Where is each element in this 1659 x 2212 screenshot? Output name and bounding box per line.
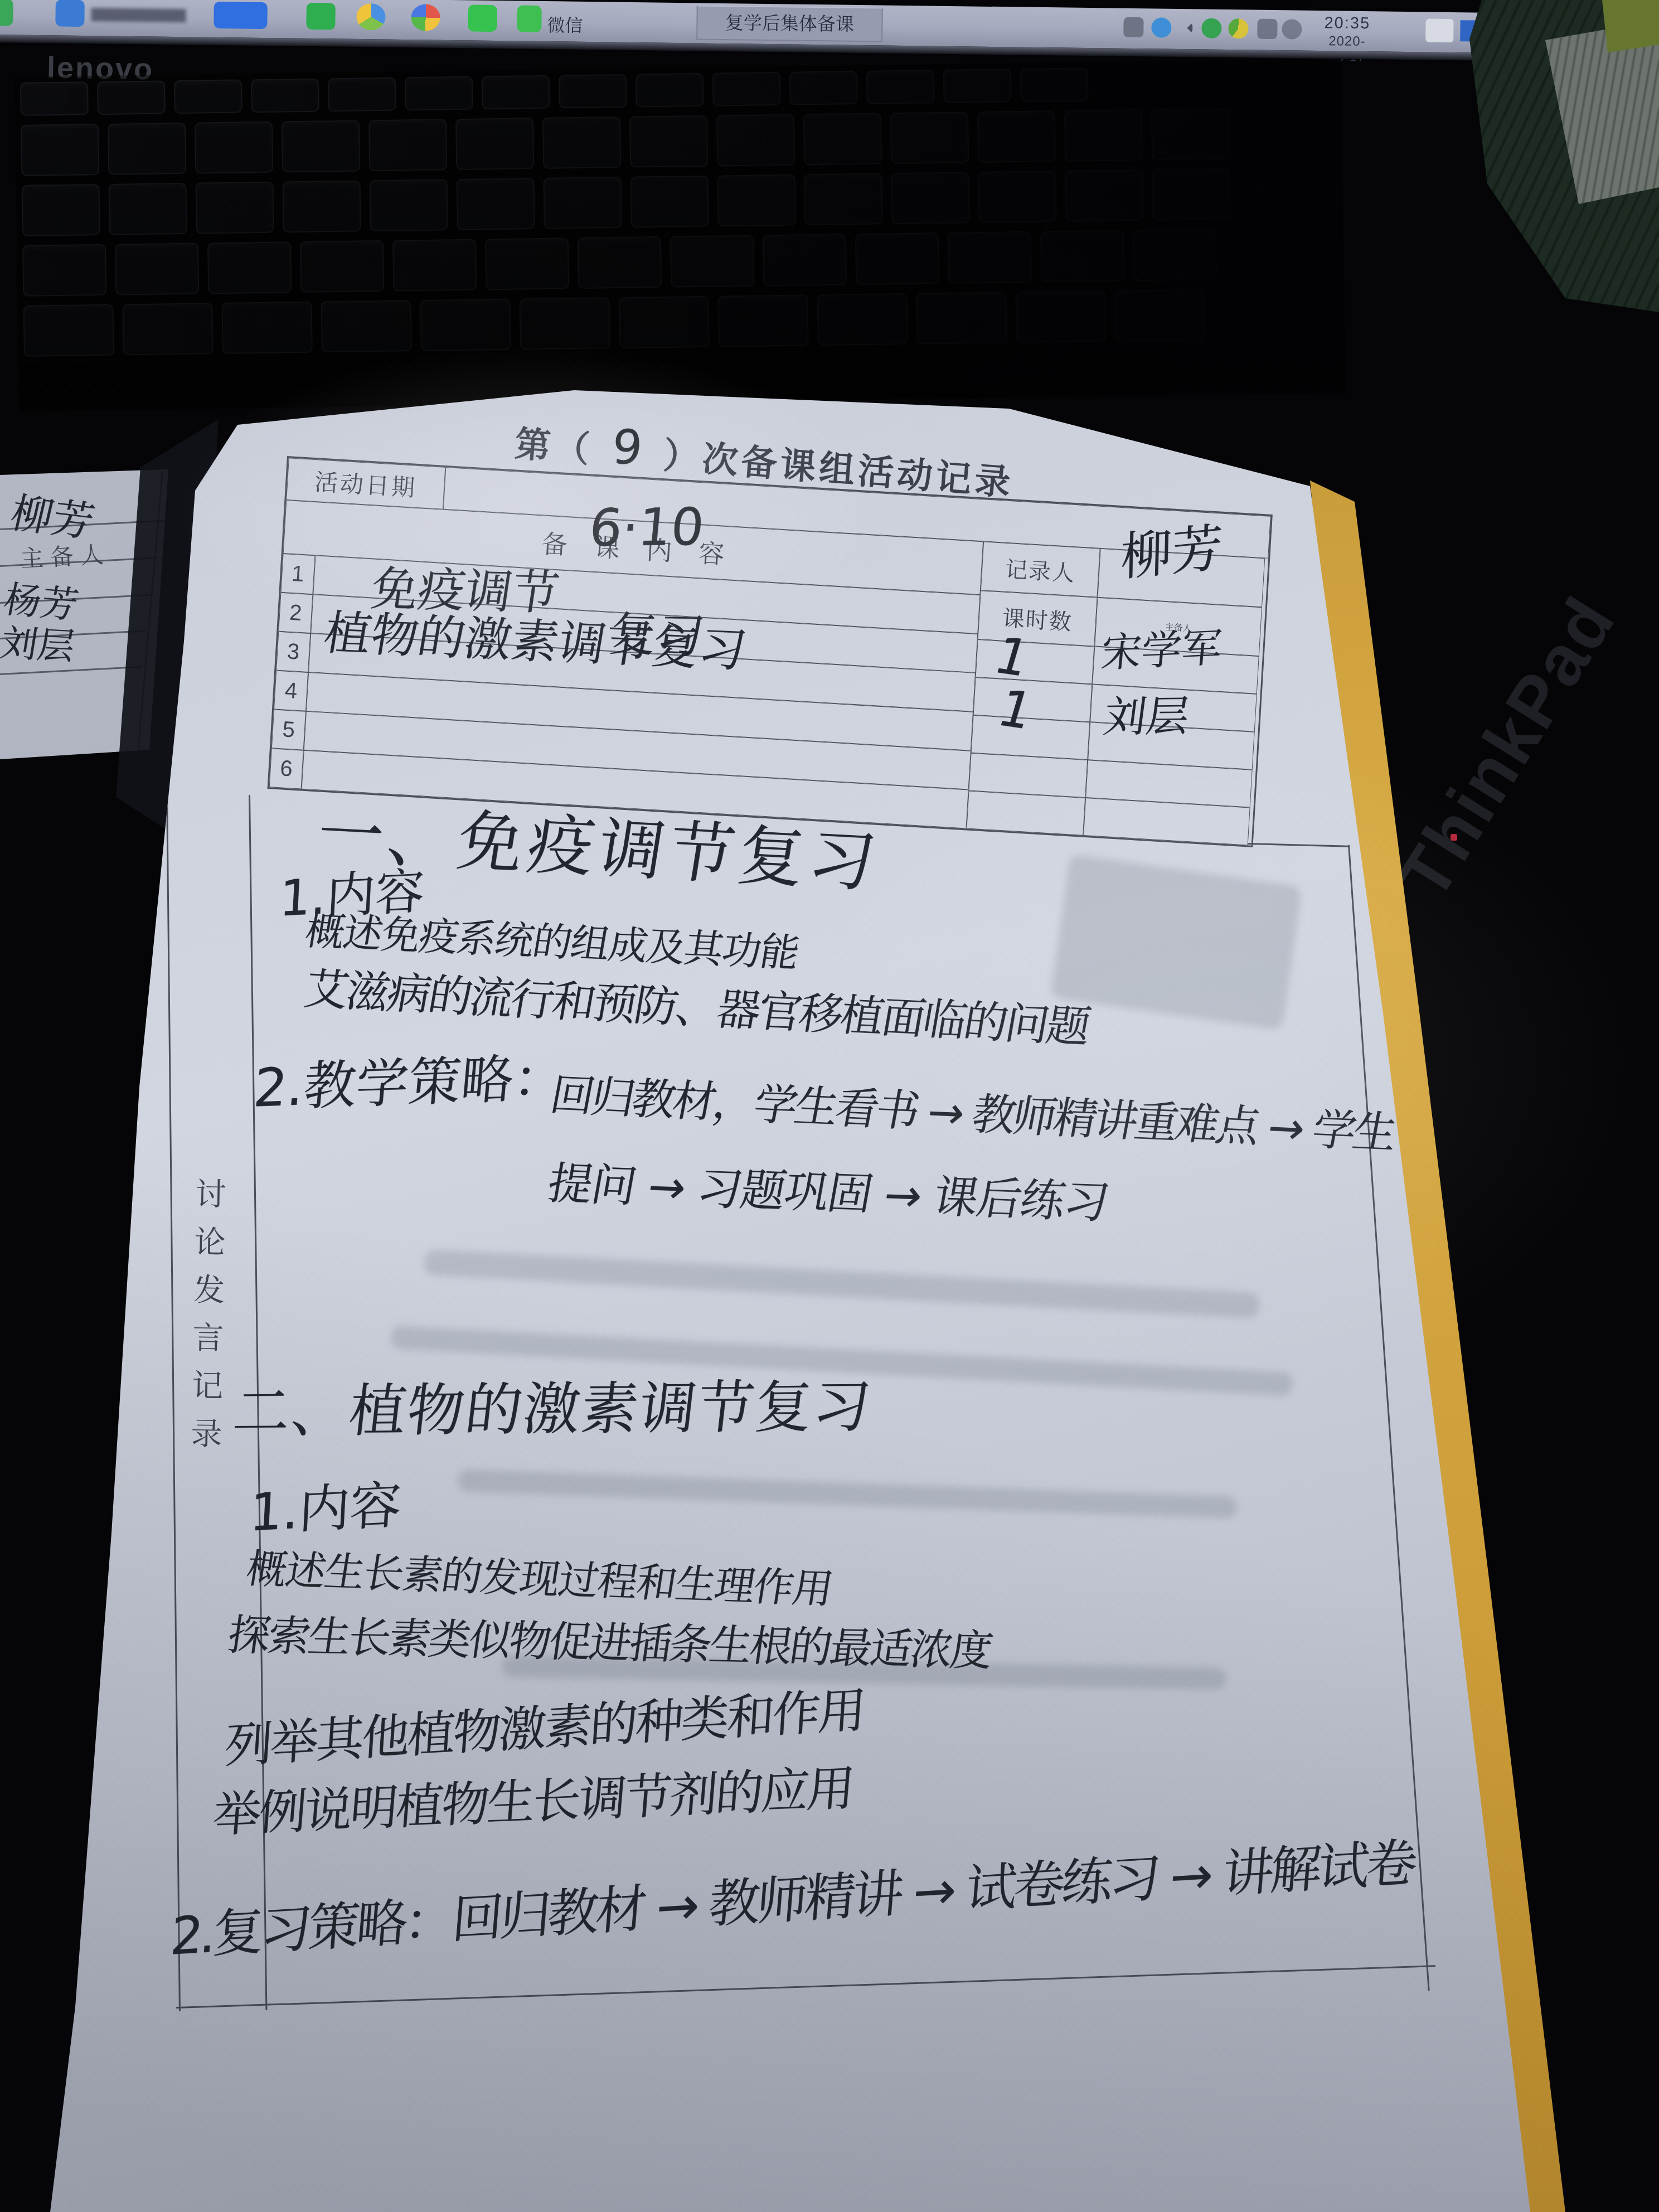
taskbar-app-icon[interactable] [214,2,268,29]
keyboard-key[interactable] [890,111,969,164]
keyboard-key[interactable] [222,302,313,354]
keyboard-key[interactable] [1152,168,1230,221]
keyboard-key[interactable] [717,294,808,347]
keyboard-key[interactable] [174,79,242,114]
tray-icon[interactable] [1201,18,1221,38]
section2-strategy: 2.复习策略：回归教材 → 教师精讲 → 试卷练习 → 讲解试卷 [168,1821,1417,1969]
keyboard-key[interactable] [368,119,447,171]
tray-icon[interactable] [1228,18,1248,38]
hours-cell [967,791,1086,836]
keyboard-key[interactable] [803,113,882,165]
activity-date-value-handwritten: 6·10 [586,497,706,557]
keyboard-key[interactable] [370,179,448,231]
keyboard-key[interactable] [519,297,610,350]
stub-signature: 刘层 [0,613,79,670]
keyboard-key[interactable] [97,80,166,115]
keyboard-key[interactable] [629,115,708,168]
keyboard-key[interactable] [108,123,186,175]
keyboard-key[interactable] [1064,109,1143,162]
keyboard-key[interactable] [670,235,754,288]
section2-heading: 二、植物的激素调节复习 [229,1361,876,1448]
taskbar-app-icon[interactable] [0,0,13,26]
keyboard-key[interactable] [21,124,99,176]
row-number: 6 [269,748,304,789]
keyboard-key[interactable] [109,183,187,235]
recorder-signature-handwritten: 柳芳 [1120,506,1224,590]
keyboard-key[interactable] [22,184,100,236]
thinkpad-red-dot [1451,834,1457,841]
keyboard-key[interactable] [1151,108,1230,161]
section1-strategy-label: 2.教学策略： [251,1035,569,1121]
row-number: 1 [280,554,315,594]
row-number: 3 [276,632,311,672]
tray-expand-arrow-icon[interactable] [1181,22,1192,33]
keyboard-key[interactable] [943,69,1012,103]
form-left-border [166,790,181,2011]
laptop-keyboard[interactable] [20,64,1340,406]
keyboard-key[interactable] [283,180,361,232]
keyboard-key[interactable] [717,174,795,227]
keyboard-key[interactable] [20,81,89,116]
ink-bleed [424,1249,1260,1318]
taskbar-app-icon[interactable] [468,4,497,32]
keyboard-key[interactable] [1040,230,1124,282]
keyboard-key[interactable] [804,173,882,225]
taskbar-window-title-blur [91,8,186,22]
keyboard-key[interactable] [455,118,534,170]
discussion-record-label: 讨论发言记录 [182,1177,231,1465]
sticky-note [1599,0,1659,52]
row-number: 5 [271,709,306,750]
wechat-label: 微信 [547,11,583,37]
taskbar-window-button[interactable]: 复学后集体备课 [696,5,883,42]
keyboard-key[interactable] [542,117,621,169]
keyboard-key[interactable] [420,299,511,351]
ink-bleed [457,1469,1238,1519]
recorder-label: 记录人 [981,541,1100,597]
keyboard-key[interactable] [482,75,550,110]
keyboard-key[interactable] [123,303,214,355]
browser-icon[interactable] [411,4,440,31]
tray-icon[interactable] [1257,19,1277,39]
keyboard-key[interactable] [789,71,858,105]
tray-icon[interactable] [1123,17,1143,37]
preparer1-handwritten: 宋学军 [1099,615,1225,678]
keyboard-key[interactable] [321,300,412,352]
keyboard-key[interactable] [618,296,709,348]
keyboard-key[interactable] [196,182,274,234]
section2-item2: 探索生长素类似物促进插条生根的最适浓度 [224,1601,995,1677]
row-number: 4 [274,671,308,711]
ime-indicator[interactable] [1425,18,1454,42]
keyboard-key[interactable] [891,172,969,224]
monitor-taskbar: 微信 复学后集体备课 20:35 2020-06-17 [0,0,1496,53]
section1-strategy-line2: 提问 → 习题巩固 → 课后练习 [544,1147,1114,1230]
keyboard-key[interactable] [300,240,384,293]
keyboard-key[interactable] [328,77,396,112]
form-top-right-line [1248,843,1349,847]
preparer2-handwritten: 刘层 [1100,682,1193,744]
title-number-handwritten: 9 [610,419,647,475]
keyboard-key[interactable] [578,236,662,289]
hours-cell [969,753,1088,798]
keyboard-key[interactable] [763,234,847,286]
taskbar-app-icon[interactable] [55,0,85,27]
keyboard-key[interactable] [115,243,199,295]
keyboard-key[interactable] [1020,67,1089,102]
keyboard-key[interactable] [855,232,939,285]
keyboard-key[interactable] [195,122,273,174]
keyboard-key[interactable] [977,110,1056,163]
keyboard-key[interactable] [1065,169,1143,222]
keyboard-key[interactable] [392,239,477,292]
keyboard-key[interactable] [456,178,535,230]
stub-preparer-label: 主备人 [20,536,111,574]
keyboard-key[interactable] [23,304,114,357]
keyboard-key[interactable] [1015,290,1106,343]
keyboard-key[interactable] [485,237,569,290]
keyboard-key[interactable] [916,292,1007,344]
keyboard-key[interactable] [1114,289,1205,341]
keyboard-key[interactable] [22,244,106,297]
section2-sub: 1.内容 [248,1464,403,1546]
section1-strategy-line1: 回归教材，学生看书 → 教师精讲重难点 → 学生 [546,1060,1400,1161]
keyboard-key[interactable] [630,176,709,228]
keyboard-key[interactable] [716,114,795,167]
keyboard-key[interactable] [1133,229,1217,281]
wechat-icon[interactable] [517,5,542,32]
clock-time: 20:35 [1324,14,1370,33]
hours-label: 课时数 [978,590,1098,646]
system-tray: 20:35 2020-06-17 [1119,8,1119,48]
keyboard-key[interactable] [207,241,292,294]
title-prefix: 第（ [513,415,595,473]
form-bottom-border [176,1965,1435,2009]
photo-scene: 微信 复学后集体备课 20:35 2020-06-17 lenovo E40 T… [0,0,1659,2212]
keyboard-key[interactable] [948,231,1032,284]
row-number: 2 [278,593,313,633]
keyboard-key[interactable] [282,120,360,173]
keyboard-key[interactable] [559,74,627,109]
tray-icon[interactable] [1282,19,1302,39]
taskbar-app-icon[interactable] [306,3,336,30]
tray-clock[interactable]: 20:35 2020-06-17 [1324,14,1371,65]
keyboard-key[interactable] [712,72,781,106]
keyboard-key[interactable] [405,76,473,111]
keyboard-key[interactable] [636,73,704,108]
keyboard-key[interactable] [817,293,908,346]
security-shield-icon[interactable] [356,3,386,31]
hours-cell [971,715,1090,760]
keyboard-key[interactable] [543,177,622,229]
keyboard-key[interactable] [978,171,1056,223]
keyboard-key[interactable] [251,79,319,113]
keyboard-key[interactable] [866,70,935,104]
tray-icon[interactable] [1151,17,1171,37]
thinkpad-logo: ThinkPad [1382,582,1632,913]
